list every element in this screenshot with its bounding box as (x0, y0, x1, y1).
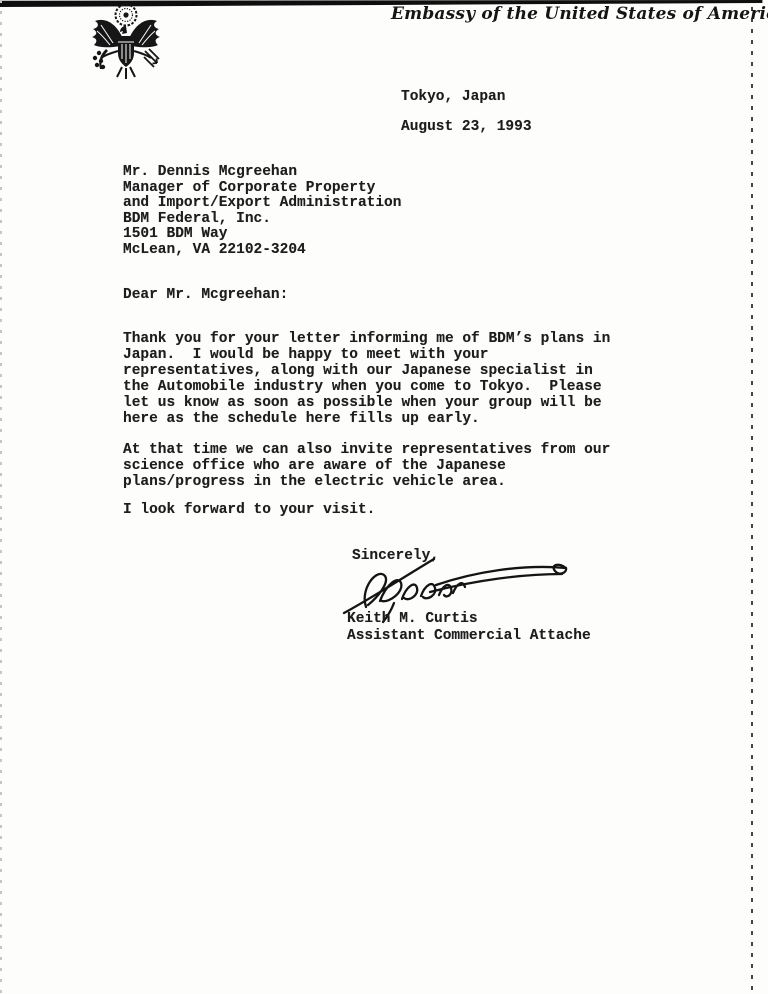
body-paragraph-3: I look forward to your visit. (123, 502, 375, 518)
scan-right-edge-artifact (751, 7, 753, 994)
signer-title: Assistant Commercial Attache (347, 628, 591, 644)
scan-left-edge-artifact (0, 0, 2, 994)
salutation: Dear Mr. Mcgreehan: (123, 287, 288, 303)
letterhead-title: Embassy of the United States of America (391, 4, 731, 24)
recipient-address-block: Mr. Dennis Mcgreehan Manager of Corporat… (123, 165, 401, 258)
body-paragraph-1: Thank you for your letter informing me o… (123, 331, 610, 427)
great-seal-icon (87, 1, 165, 88)
signer-name: Keith M. Curtis (347, 611, 478, 627)
body-paragraph-2: At that time we can also invite represen… (123, 442, 610, 490)
dateline-location: Tokyo, Japan (401, 89, 505, 105)
dateline-date: August 23, 1993 (401, 119, 532, 135)
scanned-letter-page: Embassy of the United States of America … (0, 0, 768, 994)
